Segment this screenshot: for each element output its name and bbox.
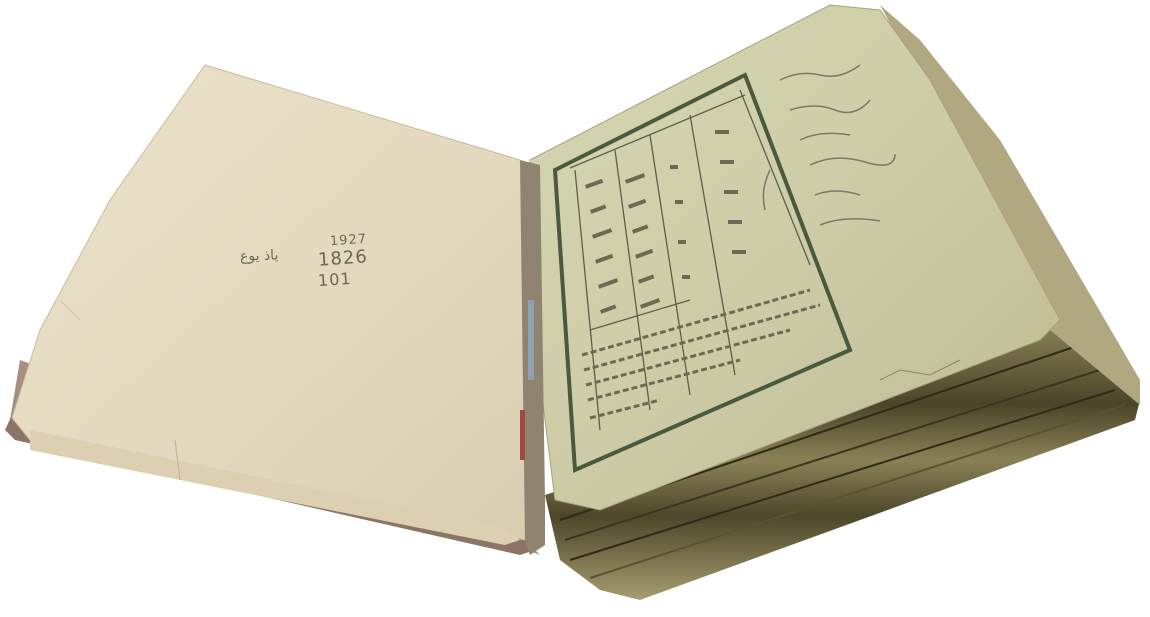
handwritten-number: 101 [317, 269, 352, 290]
left-page [12, 65, 530, 545]
handwritten-year-2: 1826 [317, 246, 368, 270]
handwritten-word: یاذ یوع [240, 247, 279, 264]
book-photo [0, 0, 1150, 617]
